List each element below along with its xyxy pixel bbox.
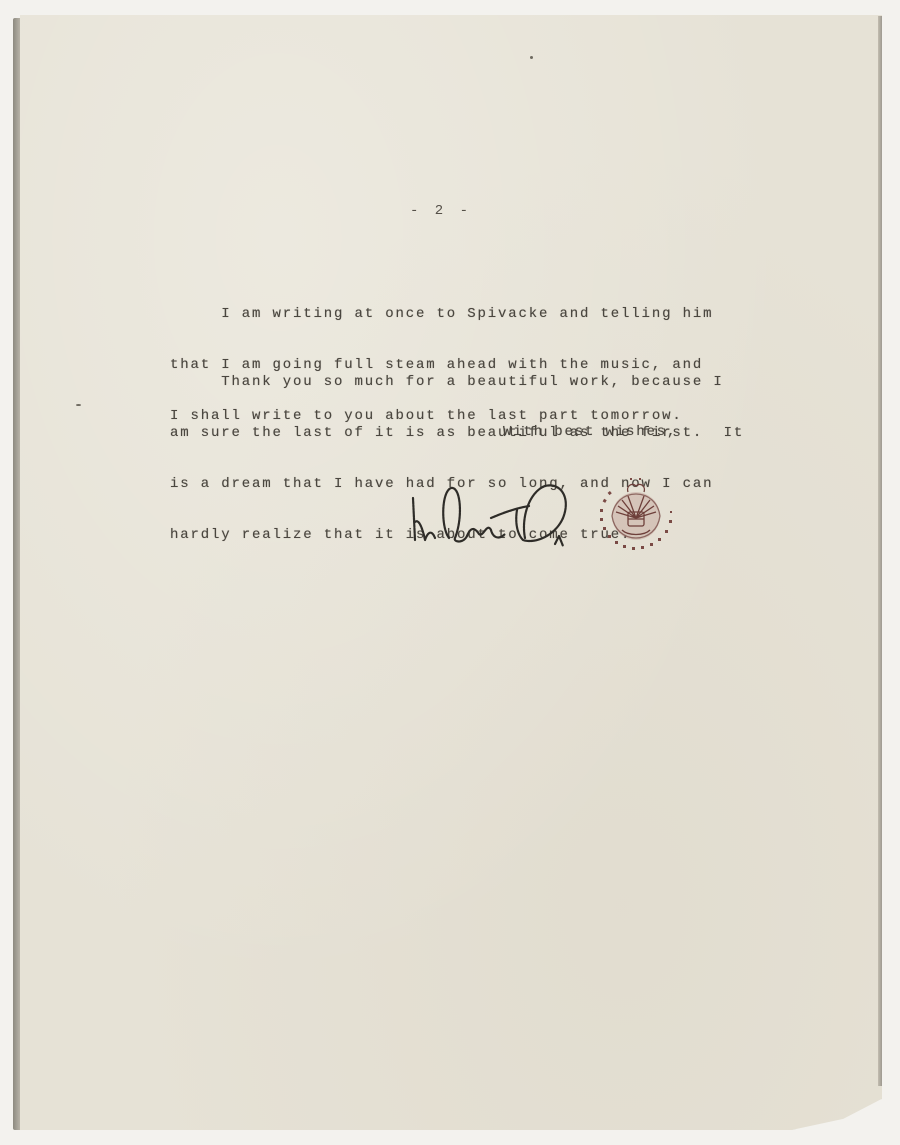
paper-speck bbox=[530, 56, 533, 59]
text-line: I am writing at once to Spivacke and tel… bbox=[170, 306, 713, 323]
paper-speck bbox=[76, 404, 81, 406]
page-number: - 2 - bbox=[410, 203, 472, 219]
page-right-edge bbox=[878, 16, 882, 1086]
letter-page bbox=[20, 15, 882, 1130]
handwritten-signature-icon bbox=[405, 478, 585, 558]
text-line: Thank you so much for a beautiful work, … bbox=[170, 374, 744, 391]
closing-salutation: With best wishes, bbox=[503, 424, 677, 440]
embossed-seal-icon bbox=[592, 472, 678, 558]
